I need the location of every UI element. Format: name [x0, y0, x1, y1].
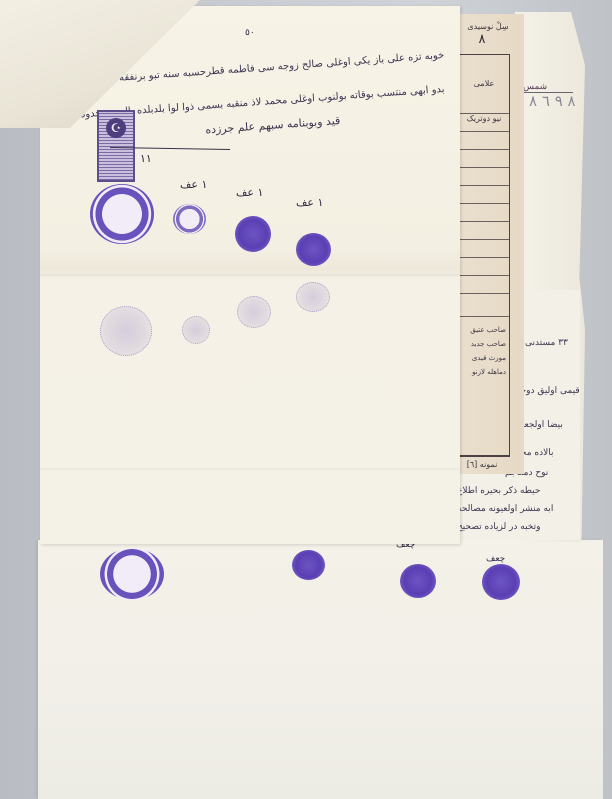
small-seal-2: [235, 216, 271, 252]
form-row: [459, 240, 509, 258]
form-labels: صاحب عتیق صاحب جدید مورث قیدی دماهله لاز…: [459, 317, 509, 393]
faint-seal-impression: [237, 296, 271, 328]
signature-mark: ١ عف: [296, 196, 323, 209]
form-label: مورث قیدی: [459, 351, 506, 365]
form-number: ٨: [452, 32, 512, 47]
bottom-large-seal: [100, 548, 164, 600]
small-seal-1: [173, 204, 206, 234]
form-footer: نمونه [٦]: [452, 460, 512, 469]
form-label: دماهله لازنو: [459, 365, 506, 379]
revenue-stamp: ☪: [97, 110, 135, 182]
bottom-signature-mark-3: چعف: [486, 554, 505, 564]
faint-seal-impression: [100, 306, 152, 356]
form-row: [459, 204, 509, 222]
form-header-cell: علامی: [459, 55, 509, 114]
handwritten-line: قید وبوبنامه سبهم علم جرزده: [205, 114, 341, 136]
small-seal-3: [296, 233, 331, 266]
bottom-small-seal-1: [292, 550, 325, 580]
header-mark: ٥٠: [245, 28, 255, 38]
form-title: سِلْ نوسیدی: [452, 22, 524, 31]
form-row: [459, 294, 509, 317]
right-strip-number: ٨ ٩ ٦ ٨: [529, 92, 576, 110]
bottom-small-seal-3: [482, 564, 520, 600]
signature-mark: ١ عف: [180, 178, 207, 191]
fold-line: [40, 468, 460, 471]
star-crescent-icon: ☪: [106, 118, 126, 138]
form-row: [459, 222, 509, 240]
bottom-small-seal-2: [400, 564, 436, 598]
signature-mark: ١ عف: [236, 186, 263, 199]
note-heading: ٣٣ مستدنی: [525, 338, 568, 348]
form-first-row: نیو دوتریک: [459, 114, 509, 132]
form-row: [459, 168, 509, 186]
form-strip: سِلْ نوسیدی ٨ علامی نیو دوتریک صاحب عتیق…: [452, 14, 524, 474]
large-seal: [90, 184, 154, 244]
tick-mark: ١١: [140, 152, 152, 165]
form-row: [459, 186, 509, 204]
faint-seal-impression: [182, 316, 210, 344]
form-row: [459, 132, 509, 150]
form-row: [459, 150, 509, 168]
form-label: صاحب جدید: [459, 337, 506, 351]
bottom-sheet: چعف چعف: [38, 540, 603, 799]
note-line: وتخبه در لزیاده تصحیح: [457, 522, 540, 532]
form-table: علامی نیو دوتریک صاحب عتیق صاحب جدید مور…: [458, 54, 510, 457]
note-line: حیطه ذکر بحیره اطلاع: [457, 486, 540, 496]
note-line: ابه منشر اولعیونه مصالحه: [457, 504, 553, 514]
form-row: [459, 276, 509, 294]
form-row: [459, 258, 509, 276]
form-label: صاحب عتیق: [459, 323, 506, 337]
fold-line: [40, 274, 460, 277]
faint-seal-impression: [296, 282, 330, 312]
